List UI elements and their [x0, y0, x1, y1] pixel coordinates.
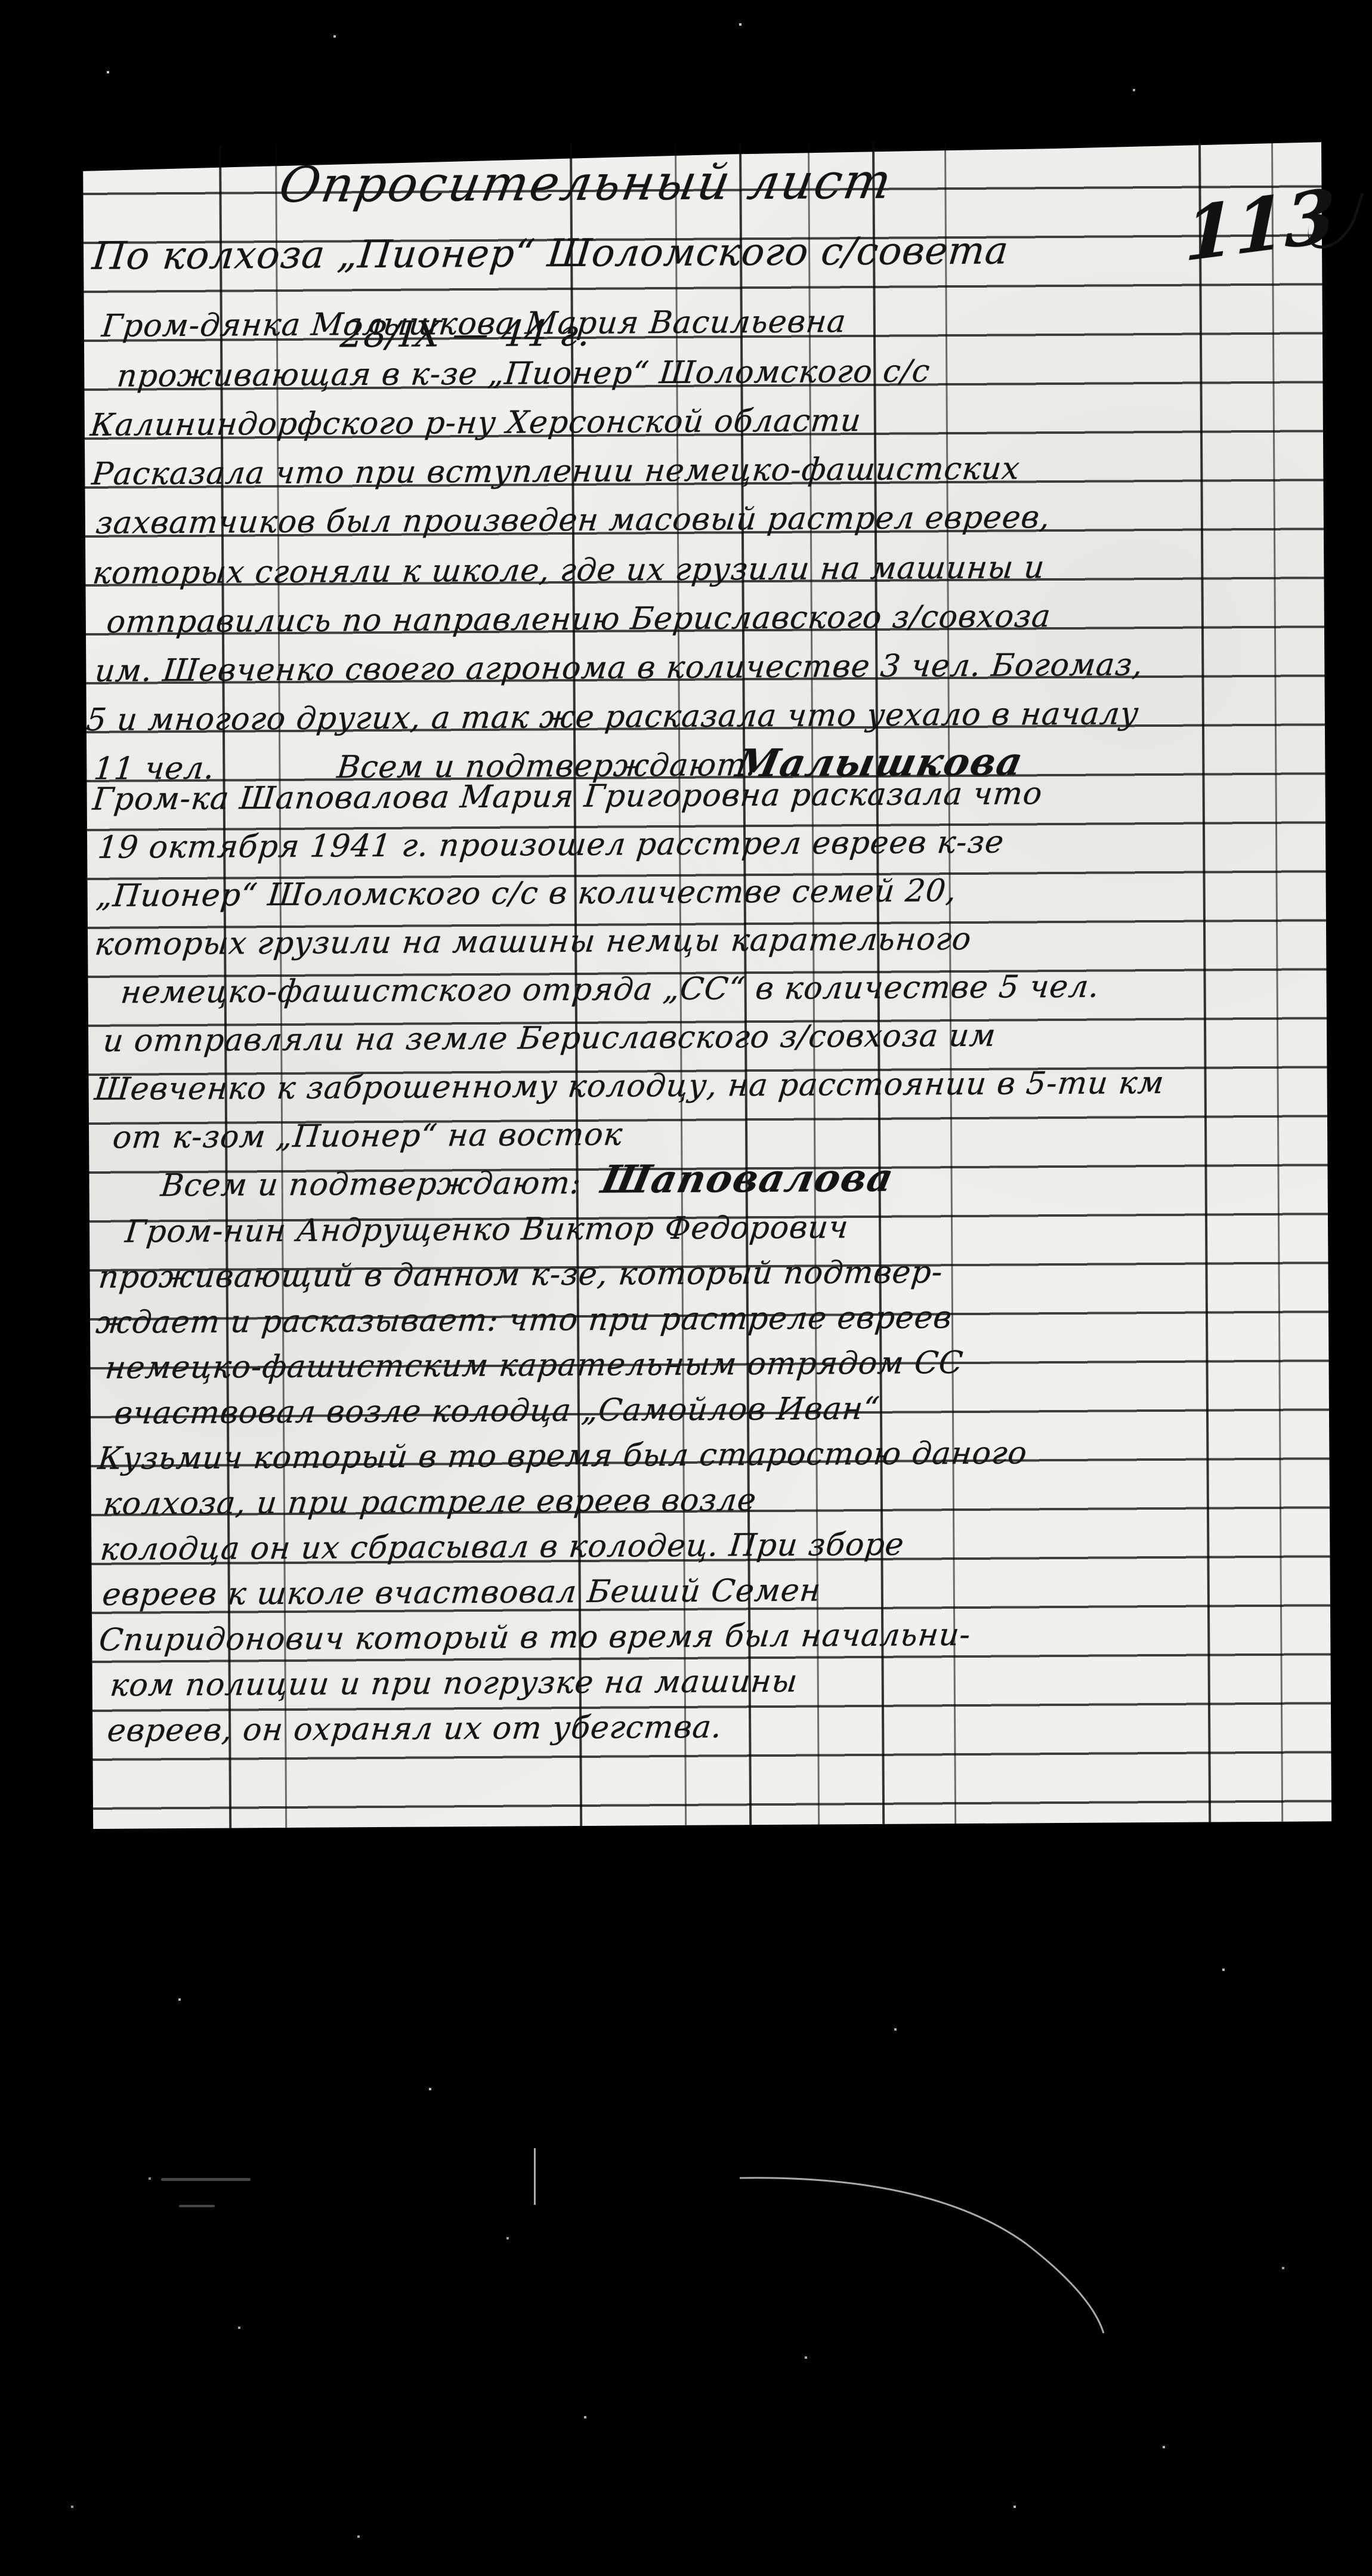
- scanned-document-background: Опросительный лист По колхоза „Пионер“ Ш…: [0, 0, 1372, 2576]
- scan-scratch-arc: [0, 0, 1372, 2576]
